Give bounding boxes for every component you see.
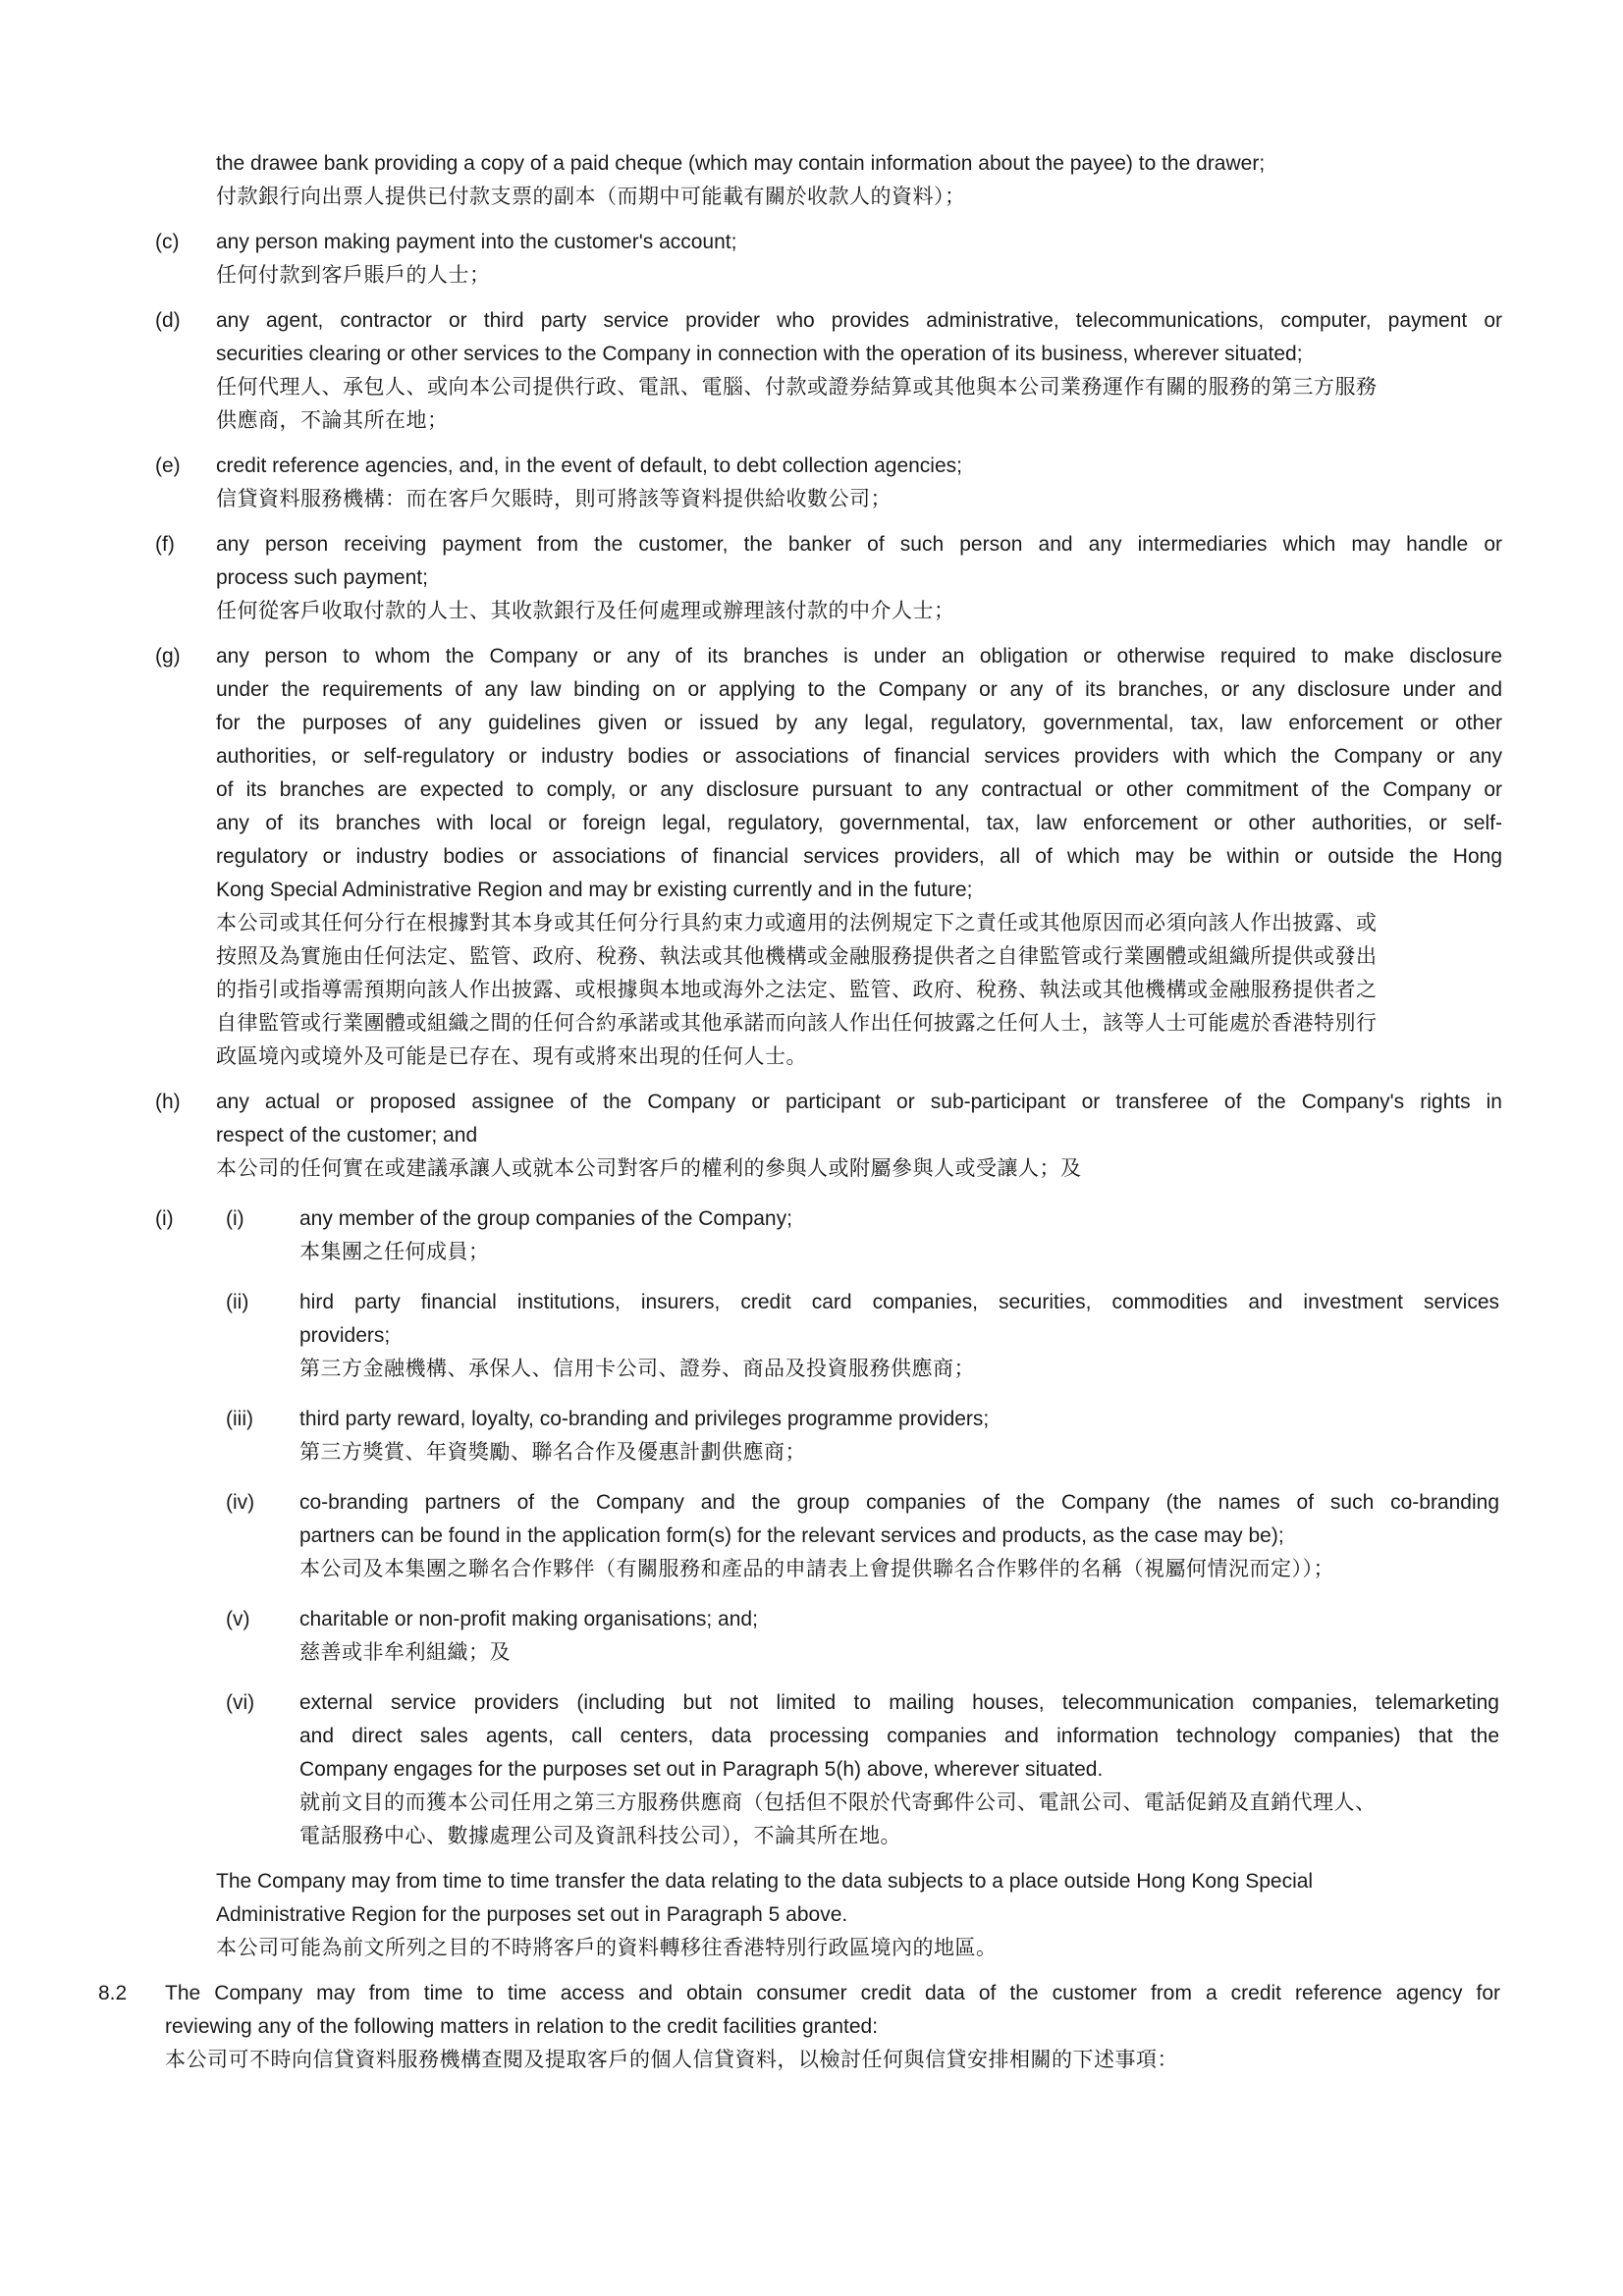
item-marker: (i) <box>226 1202 244 1236</box>
text-line-zh: 任何代理人、承包人、或向本公司提供行政、電訊、電腦、付款或證券結算或其他與本公司… <box>216 371 1502 404</box>
list-item-iii: (iii)third party reward, loyalty, co-bra… <box>0 1403 1623 1469</box>
list-item-f: (f)any person receiving payment from the… <box>0 528 1623 628</box>
text-line-en: any person to whom the Company or any of… <box>216 640 1502 673</box>
document-page: the drawee bank providing a copy of a pa… <box>0 0 1623 2077</box>
item-text: co-branding partners of the Company and … <box>299 1486 1499 1586</box>
outer-item-marker: (i) <box>155 1202 174 1236</box>
text-line-en: any person making payment into the custo… <box>216 226 1502 259</box>
text-line-en: any actual or proposed assignee of the C… <box>216 1086 1502 1119</box>
text-line-en: providers; <box>299 1319 1499 1353</box>
text-line-en: any agent, contractor or third party ser… <box>216 304 1502 338</box>
text-line-zh: 本公司可能為前文所列之目的不時將客戶的資料轉移往香港特別行政區境內的地區。 <box>216 1932 1502 1965</box>
item-marker: (iv) <box>226 1486 254 1520</box>
text-line-en: hird party financial institutions, insur… <box>299 1286 1499 1319</box>
text-line-en: any member of the group companies of the… <box>299 1202 1499 1236</box>
text-line-zh: 任何付款到客戶賬戶的人士； <box>216 259 1502 293</box>
item-marker: (e) <box>155 450 181 483</box>
paragraph: The Company may from time to time transf… <box>0 1865 1623 1965</box>
text-line-en: under the requirements of any law bindin… <box>216 673 1502 707</box>
item-text: any actual or proposed assignee of the C… <box>216 1086 1502 1186</box>
list-item-ii: (ii)hird party financial institutions, i… <box>0 1286 1623 1386</box>
text-line-en: and direct sales agents, call centers, d… <box>299 1720 1499 1753</box>
list-item-g: (g)any person to whom the Company or any… <box>0 640 1623 1074</box>
item-text: credit reference agencies, and, in the e… <box>216 450 1502 516</box>
text-line-zh: 就前文目的而獲本公司任用之第三方服務供應商（包括但不限於代寄郵件公司、電訊公司、… <box>299 1787 1499 1820</box>
item-text: any person to whom the Company or any of… <box>216 640 1502 1074</box>
text-line-en: Company engages for the purposes set out… <box>299 1753 1499 1787</box>
text-line-en: Kong Special Administrative Region and m… <box>216 874 1502 907</box>
item-text: The Company may from time to time access… <box>165 1977 1500 2077</box>
list-item-d: (d)any agent, contractor or third party … <box>0 304 1623 438</box>
text-line-en: of its branches are expected to comply, … <box>216 774 1502 807</box>
text-line-en: external service providers (including bu… <box>299 1686 1499 1720</box>
item-text: external service providers (including bu… <box>299 1686 1499 1853</box>
item-text: any member of the group companies of the… <box>299 1202 1499 1269</box>
text-line-en: regulatory or industry bodies or associa… <box>216 840 1502 874</box>
list-item-i: (i)(i)any member of the group companies … <box>0 1202 1623 1269</box>
item-text: the drawee bank providing a copy of a pa… <box>216 147 1502 214</box>
text-line-en: reviewing any of the following matters i… <box>165 2010 1500 2044</box>
item-marker: (ii) <box>226 1286 248 1319</box>
item-marker: (vi) <box>226 1686 254 1720</box>
text-line-en: any person receiving payment from the cu… <box>216 528 1502 561</box>
item-marker: (iii) <box>226 1403 253 1436</box>
text-line-en: process such payment; <box>216 561 1502 595</box>
text-line-zh: 的指引或指導需預期向該人作出披露、或根據與本地或海外之法定、監管、政府、稅務、執… <box>216 974 1502 1007</box>
text-line-zh: 第三方金融機構、承保人、信用卡公司、證券、商品及投資服務供應商； <box>299 1353 1499 1386</box>
text-line-zh: 第三方獎賞、年資獎勵、聯名合作及優惠計劃供應商； <box>299 1436 1499 1469</box>
text-line-en: authorities, or self-regulatory or indus… <box>216 740 1502 774</box>
text-line-zh: 付款銀行向出票人提供已付款支票的副本（而期中可能載有關於收款人的資料）； <box>216 181 1502 214</box>
item-marker: (v) <box>226 1603 250 1636</box>
list-item-h: (h)any actual or proposed assignee of th… <box>0 1086 1623 1186</box>
document-body: the drawee bank providing a copy of a pa… <box>0 0 1623 2077</box>
text-line-zh: 本公司的任何實在或建議承讓人或就本公司對客戶的權利的參與人或附屬參與人或受讓人；… <box>216 1152 1502 1186</box>
item-marker: 8.2 <box>98 1977 127 2010</box>
text-line-en: co-branding partners of the Company and … <box>299 1486 1499 1520</box>
text-line-en: partners can be found in the application… <box>299 1520 1499 1553</box>
list-item-vi: (vi)external service providers (includin… <box>0 1686 1623 1853</box>
text-line-zh: 慈善或非牟利組織；及 <box>299 1636 1499 1670</box>
text-line-zh: 按照及為實施由任何法定、監管、政府、稅務、執法或其他機構或金融服務提供者之自律監… <box>216 940 1502 974</box>
text-line-zh: 電話服務中心、數據處理公司及資訊科技公司），不論其所在地。 <box>299 1820 1499 1853</box>
text-line-zh: 本公司及本集團之聯名合作夥伴（有關服務和產品的申請表上會提供聯名合作夥伴的名稱（… <box>299 1553 1499 1586</box>
text-line-en: for the purposes of any guidelines given… <box>216 707 1502 740</box>
item-text: any agent, contractor or third party ser… <box>216 304 1502 438</box>
item-text: any person receiving payment from the cu… <box>216 528 1502 628</box>
list-item-iv: (iv)co-branding partners of the Company … <box>0 1486 1623 1586</box>
text-line-en: The Company may from time to time access… <box>165 1977 1500 2010</box>
text-line-en: credit reference agencies, and, in the e… <box>216 450 1502 483</box>
text-line-zh: 本公司可不時向信貸資料服務機構查閱及提取客戶的個人信貸資料，以檢討任何與信貸安排… <box>165 2044 1500 2077</box>
item-marker: (d) <box>155 304 181 338</box>
text-line-en: The Company may from time to time transf… <box>216 1865 1502 1898</box>
item-text: hird party financial institutions, insur… <box>299 1286 1499 1386</box>
text-line-en: Administrative Region for the purposes s… <box>216 1898 1502 1932</box>
text-line-zh: 政區境內或境外及可能是已存在、現有或將來出現的任何人士。 <box>216 1041 1502 1074</box>
item-marker: (f) <box>155 528 175 561</box>
list-item-v: (v)charitable or non-profit making organ… <box>0 1603 1623 1670</box>
item-text: charitable or non-profit making organisa… <box>299 1603 1499 1670</box>
text-line-zh: 任何從客戶收取付款的人士、其收款銀行及任何處理或辦理該付款的中介人士； <box>216 595 1502 628</box>
text-line-en: third party reward, loyalty, co-branding… <box>299 1403 1499 1436</box>
text-line-en: securities clearing or other services to… <box>216 338 1502 371</box>
item-marker: (c) <box>155 226 180 259</box>
text-line-zh: 信貸資料服務機構：而在客戶欠賬時，則可將該等資料提供給收數公司； <box>216 483 1502 516</box>
text-line-en: the drawee bank providing a copy of a pa… <box>216 147 1502 181</box>
paragraph: the drawee bank providing a copy of a pa… <box>0 147 1623 214</box>
text-line-en: charitable or non-profit making organisa… <box>299 1603 1499 1636</box>
text-line-zh: 本集團之任何成員； <box>299 1236 1499 1269</box>
item-text: The Company may from time to time transf… <box>216 1865 1502 1965</box>
item-text: third party reward, loyalty, co-branding… <box>299 1403 1499 1469</box>
text-line-zh: 供應商，不論其所在地； <box>216 404 1502 438</box>
item-marker: (h) <box>155 1086 181 1119</box>
item-text: any person making payment into the custo… <box>216 226 1502 293</box>
text-line-en: respect of the customer; and <box>216 1119 1502 1152</box>
text-line-zh: 自律監管或行業團體或組織之間的任何合約承諾或其他承諾而向該人作出任何披露之任何人… <box>216 1007 1502 1041</box>
text-line-en: any of its branches with local or foreig… <box>216 807 1502 840</box>
text-line-zh: 本公司或其任何分行在根據對其本身或其任何分行具約束力或適用的法例規定下之責任或其… <box>216 907 1502 940</box>
list-item-e: (e)credit reference agencies, and, in th… <box>0 450 1623 516</box>
item-marker: (g) <box>155 640 181 673</box>
list-item-8.2: 8.2The Company may from time to time acc… <box>0 1977 1623 2077</box>
list-item-c: (c)any person making payment into the cu… <box>0 226 1623 293</box>
